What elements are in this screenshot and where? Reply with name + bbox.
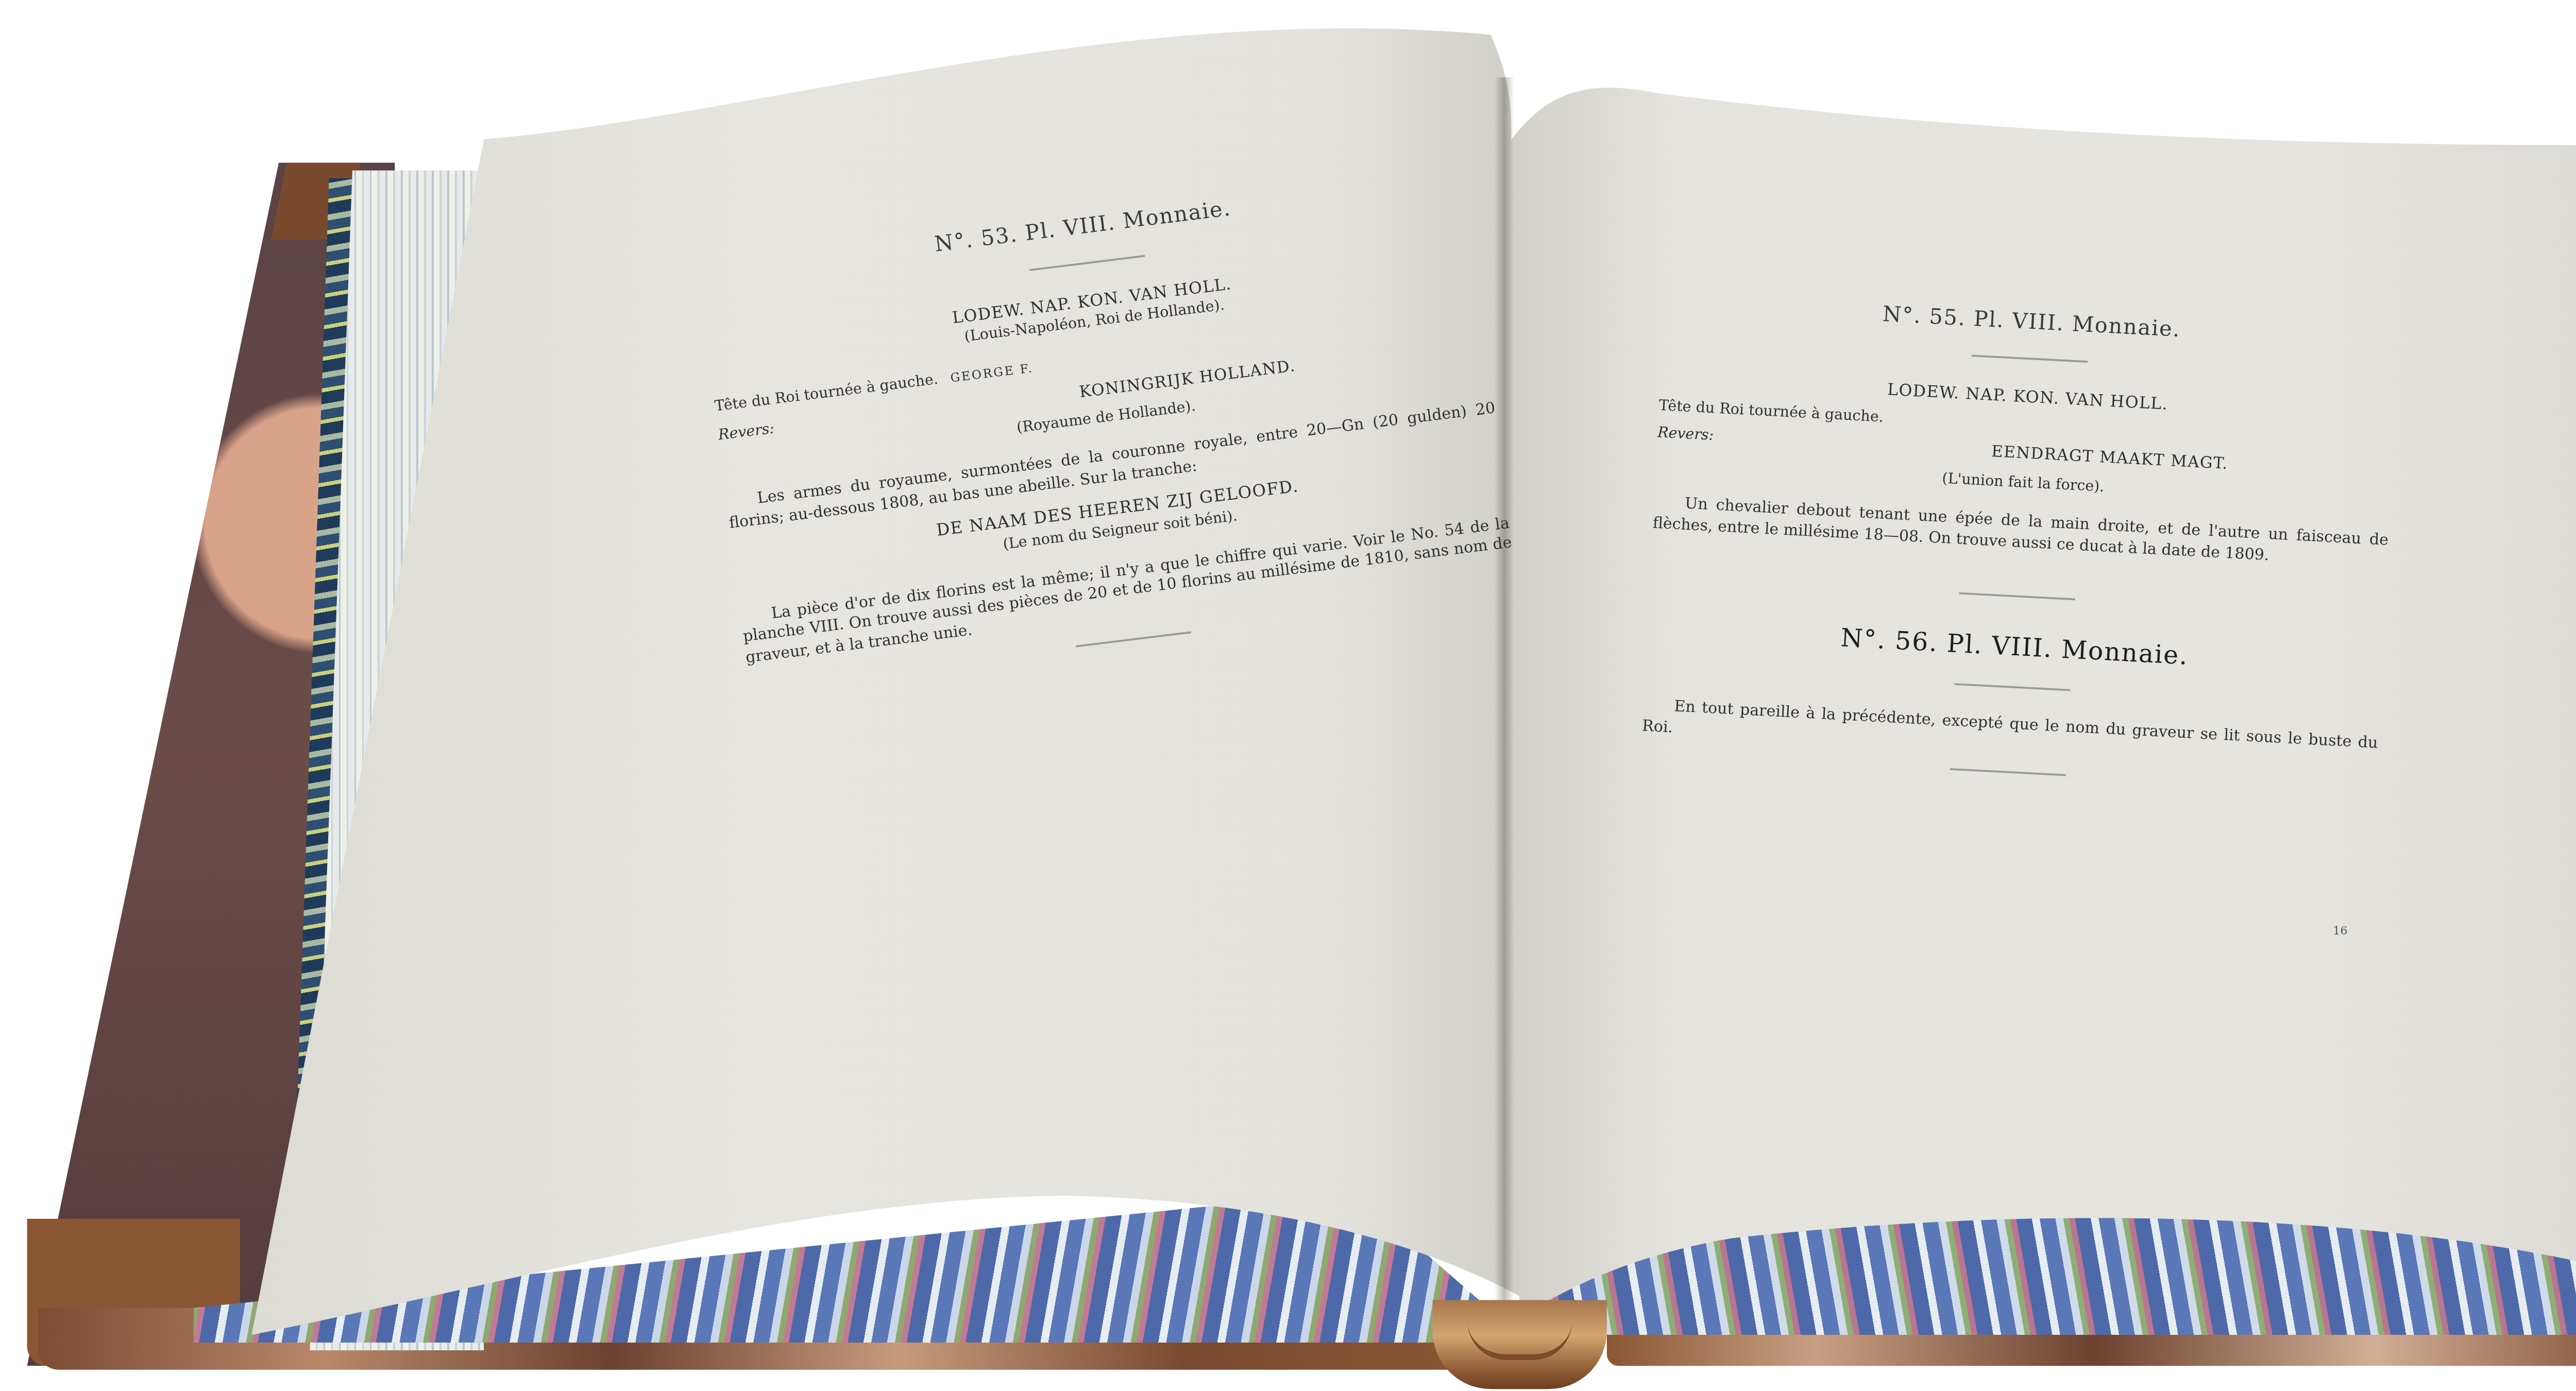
book-gutter bbox=[1495, 77, 1514, 1335]
divider bbox=[1029, 255, 1145, 270]
divider bbox=[1959, 593, 2075, 601]
right-page-text: N°. 55. Pl. VIII. Monnaie. LODEW. NAP. K… bbox=[1639, 290, 2400, 820]
divider bbox=[1972, 354, 2088, 363]
page-number: 16 bbox=[2333, 925, 2348, 938]
entry-56-heading: N°. 56. Pl. VIII. Monnaie. bbox=[1646, 614, 2382, 686]
book-spine bbox=[1433, 1300, 1607, 1389]
entry-56-description: En tout pareille à la précédente, except… bbox=[1641, 695, 2378, 776]
engraver-signature: GEORGE F. bbox=[950, 363, 1035, 387]
obverse-description: Tête du Roi tournée à gauche. bbox=[1658, 397, 1884, 428]
open-book-photo: N°. 53. Pl. VIII. Monnaie. LODEW. NAP. K… bbox=[0, 0, 2576, 1391]
divider bbox=[1076, 631, 1191, 647]
left-page-text: N°. 53. Pl. VIII. Monnaie. LODEW. NAP. K… bbox=[697, 167, 1521, 714]
divider bbox=[1955, 683, 2071, 691]
reverse-label: Revers: bbox=[1657, 425, 1812, 454]
divider bbox=[1950, 769, 2066, 777]
